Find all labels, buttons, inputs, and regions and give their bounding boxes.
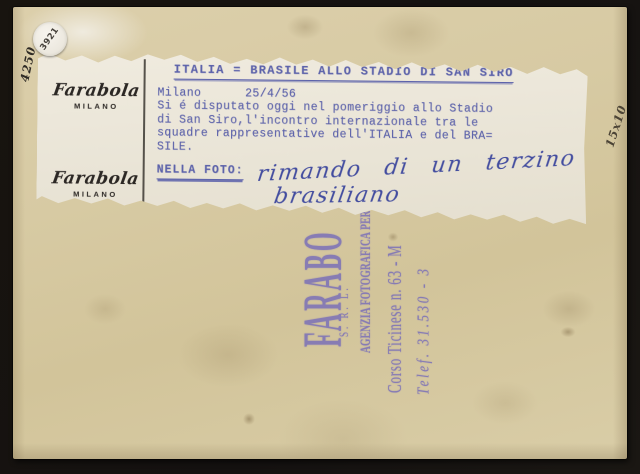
stamp-company-suffix: S. R. L. xyxy=(337,285,351,337)
stamp-agency-line: AGENZIA FOTOGRAFICA PER LA xyxy=(359,211,375,353)
caption-photo-label: NELLA FOTO: xyxy=(157,163,244,179)
photo-card-back: FARABO S. R. L. AGENZIA FOTOGRAFICA PER … xyxy=(13,7,627,459)
stamp-phone-line: Telef. 31.530 - 3 xyxy=(413,266,434,395)
sticker-number: 3921 xyxy=(39,26,62,53)
format-note: 15x10 xyxy=(601,99,630,153)
archive-sticker: 3921 xyxy=(33,22,67,56)
rubber-stamp: FARABO S. R. L. AGENZIA FOTOGRAFICA PER … xyxy=(263,211,445,401)
caption-slip: Farabola MILANO Farabola MILANO ITALIA =… xyxy=(36,48,588,226)
agency-logo-bottom: Farabola MILANO xyxy=(50,168,140,199)
photo-mount: FARABO S. R. L. AGENZIA FOTOGRAFICA PER … xyxy=(0,0,640,474)
agency-logo-name: Farabola xyxy=(50,80,143,101)
handwritten-caption-line-2: brasiliano xyxy=(272,182,402,209)
rubber-stamp-text: FARABO S. R. L. AGENZIA FOTOGRAFICA PER … xyxy=(263,211,445,401)
agency-logo-top: Farabola MILANO xyxy=(51,80,141,111)
archive-number: 4250 xyxy=(16,39,40,89)
agency-logo-city: MILANO xyxy=(50,189,140,199)
stamp-address-line: Corso Ticinese n. 63 - M xyxy=(383,245,407,394)
agency-logo-name: Farabola xyxy=(49,168,142,189)
caption-title: ITALIA = BRASILE ALLO STADIO DI SAN SIRO xyxy=(174,64,514,83)
agency-logo-city: MILANO xyxy=(51,101,141,111)
